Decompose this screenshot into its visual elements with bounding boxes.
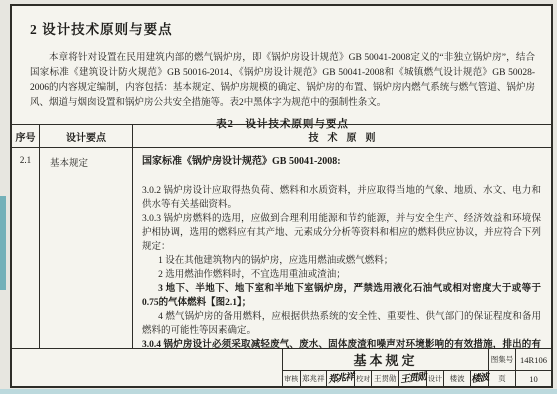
clause-3-0-3-item-3-mandatory: 3 地下、半地下、地下室和半地下室锅炉房，严禁选用液化石油气或相对密度大于或等于… <box>142 282 541 310</box>
scan-artifact-left-strip <box>0 196 6 290</box>
header-cell-principle: 技术原则 <box>133 125 551 147</box>
page-label: 页 <box>489 371 515 386</box>
intro-paragraph: 本章将针对设置在民用建筑内部的燃气锅炉房，即《锅炉房设计规范》GB 50041-… <box>30 51 535 111</box>
design-principles-table: 序号 设计要点 技术原则 2.1 基本规定 国家标准《锅炉房设计规范》GB 50… <box>12 124 551 348</box>
standard-heading: 国家标准《锅炉房设计规范》GB 50041-2008: <box>142 155 541 169</box>
atlas-no-label: 图集号 <box>489 349 515 371</box>
title-block-labels: 图集号 页 <box>489 349 516 386</box>
proofreader-name: 王贯勋 <box>372 371 399 386</box>
page-header-area: 2 设计技术原则与要点 本章将针对设置在民用建筑内部的燃气锅炉房，即《锅炉房设计… <box>12 6 551 124</box>
title-block-values: 14R106 10 <box>516 349 551 386</box>
designer-name: 楼波 <box>444 371 471 386</box>
clause-3-0-3-item-4: 4 燃气锅炉房的备用燃料，应根据供热系统的安全性、重要性、供气部门的保证程度和备… <box>142 310 541 338</box>
header-cell-point: 设计要点 <box>40 125 133 147</box>
clause-3-0-3-item-1: 1 设在其他建筑物内的锅炉房，应选用燃油或燃气燃料； <box>142 254 541 268</box>
title-block-empty-cell <box>12 349 283 386</box>
clause-3-0-3-item-2: 2 选用燃油作燃料时，不宜选用重油或渣油； <box>142 268 541 282</box>
reviewer-signature: 郑兆祥 <box>327 371 355 386</box>
table-row: 2.1 基本规定 国家标准《锅炉房设计规范》GB 50041-2008: 3.0… <box>12 148 551 348</box>
title-block: 基本规定 审核 郑兆祥 郑兆祥 校对 王贯勋 王贯勋 设计 楼波 楼波 图集号 … <box>12 348 551 386</box>
header-cell-no: 序号 <box>12 125 40 147</box>
proofreader-signature: 王贯勋 <box>399 371 427 386</box>
cell-row-no: 2.1 <box>12 148 40 348</box>
drawing-title: 基本规定 <box>283 349 488 371</box>
page-frame: 2 设计技术原则与要点 本章将针对设置在民用建筑内部的燃气锅炉房，即《锅炉房设计… <box>10 4 553 388</box>
clause-3-0-3: 3.0.3 锅炉房燃料的选用，应做到合理利用能源和节约能源，并与安全生产、经济效… <box>142 212 541 254</box>
designer-label: 设计 <box>427 371 445 386</box>
section-title: 2 设计技术原则与要点 <box>30 18 535 38</box>
clause-3-0-4-mandatory: 3.0.4 锅炉房设计必须采取减轻废气、废水、固体废渣和噪声对环境影响的有效措施… <box>142 338 541 348</box>
page-number: 10 <box>516 371 551 386</box>
proofreader-label: 校对 <box>355 371 373 386</box>
table-header-row: 序号 设计要点 技术原则 <box>12 125 551 148</box>
reviewer-name: 郑兆祥 <box>301 371 328 386</box>
reviewer-label: 审核 <box>283 371 301 386</box>
atlas-number: 14R106 <box>516 349 551 371</box>
designer-signature: 楼波 <box>471 371 488 386</box>
scan-artifact-bottom-strip <box>0 389 557 394</box>
clause-3-0-2: 3.0.2 锅炉房设计应取得热负荷、燃料和水质资料，并应取得当地的气象、地质、水… <box>142 184 541 212</box>
cell-design-point: 基本规定 <box>40 148 133 348</box>
signature-row: 审核 郑兆祥 郑兆祥 校对 王贯勋 王贯勋 设计 楼波 楼波 <box>283 371 488 386</box>
title-block-center: 基本规定 审核 郑兆祥 郑兆祥 校对 王贯勋 王贯勋 设计 楼波 楼波 <box>283 349 489 386</box>
scanned-atlas-page: 2 设计技术原则与要点 本章将针对设置在民用建筑内部的燃气锅炉房，即《锅炉房设计… <box>0 0 557 394</box>
cell-technical-principle: 国家标准《锅炉房设计规范》GB 50041-2008: 3.0.2 锅炉房设计应… <box>133 148 551 348</box>
